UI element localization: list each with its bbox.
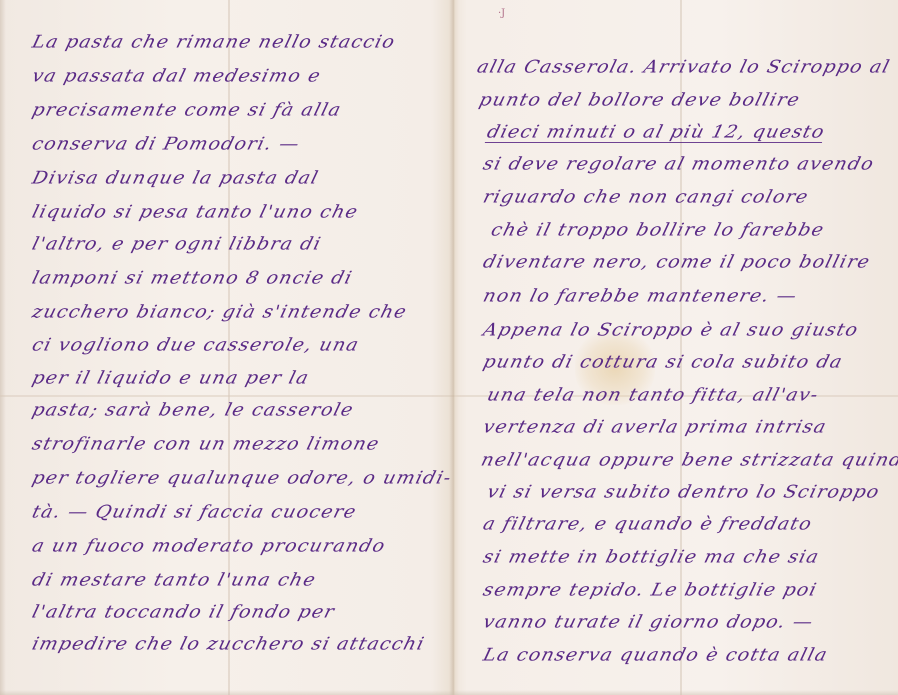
left-page: La pasta che rimane nello staccio va pas… <box>0 0 455 695</box>
text-line: riguardo che non cangi colore <box>481 187 811 207</box>
text-line: punto di cottura si cola subito da <box>481 352 845 372</box>
page-edge-shadow-bottom <box>0 690 898 695</box>
text-line: liquido si pesa tanto l'uno che <box>30 202 361 222</box>
text-line: Divisa dunque la pasta dal <box>30 168 321 188</box>
text-line: l'altro, e per ogni libbra di <box>30 234 324 254</box>
text-line: ci vogliono due casserole, una <box>30 335 362 355</box>
text-line: precisamente come si fà alla <box>30 100 344 120</box>
text-line: lamponi si mettono 8 oncie di <box>30 268 355 288</box>
text-line: una tela non tanto fitta, all'av- <box>485 385 821 405</box>
text-line: conserva di Pomodori. — <box>30 134 302 154</box>
right-page: alla Casserola. Arrivato lo Sciroppo al … <box>455 0 898 695</box>
text-line: nell'acqua oppure bene strizzata quindi <box>479 450 898 470</box>
text-line: diventare nero, come il poco bollire <box>481 252 873 272</box>
text-line: si mette in bottiglie ma che sia <box>481 547 822 567</box>
text-line: per il liquido e una per la <box>30 368 311 388</box>
text-line: vanno turate il giorno dopo. — <box>481 612 816 632</box>
text-line: si deve regolare al momento avendo <box>481 154 876 174</box>
text-line: l'altra toccando il fondo per <box>30 602 337 622</box>
text-line: non lo farebbe mantenere. — <box>481 286 800 306</box>
text-line: tà. — Quindi si faccia cuocere <box>30 502 359 522</box>
text-line: vi si versa subito dentro lo Sciroppo <box>485 482 882 502</box>
text-line-underlined: dieci minuti o al più 12, questo <box>485 122 827 142</box>
text-line: per togliere qualunque odore, o umidi- <box>30 468 454 488</box>
text-line: sempre tepido. Le bottiglie poi <box>481 580 819 600</box>
text-line: alla Casserola. Arrivato lo Sciroppo al <box>475 57 892 77</box>
text-line: La conserva quando è cotta alla <box>481 645 830 665</box>
text-line: va passata dal medesimo e <box>30 66 323 86</box>
letter-spread: ·J La pasta che rimane nello staccio va … <box>0 0 898 695</box>
text-line: pasta; sarà bene, le casserole <box>30 400 356 420</box>
text-line: a filtrare, e quando è freddato <box>481 514 815 534</box>
text-line: strofinarle con un mezzo limone <box>30 434 382 454</box>
text-line: punto del bollore deve bollire <box>477 90 802 110</box>
text-line: a un fuoco moderato procurando <box>30 536 388 556</box>
text-line: La pasta che rimane nello staccio <box>30 32 398 52</box>
text-line: Appena lo Sciroppo è al suo giusto <box>481 320 861 340</box>
text-line: zucchero bianco; già s'intende che <box>30 302 409 322</box>
text-line: di mestare tanto l'una che <box>30 570 318 590</box>
text-line: vertenza di averla prima intrisa <box>481 417 829 437</box>
text-line: impedire che lo zucchero si attacchi <box>30 634 427 654</box>
text-line: chè il troppo bollire lo farebbe <box>489 220 827 240</box>
